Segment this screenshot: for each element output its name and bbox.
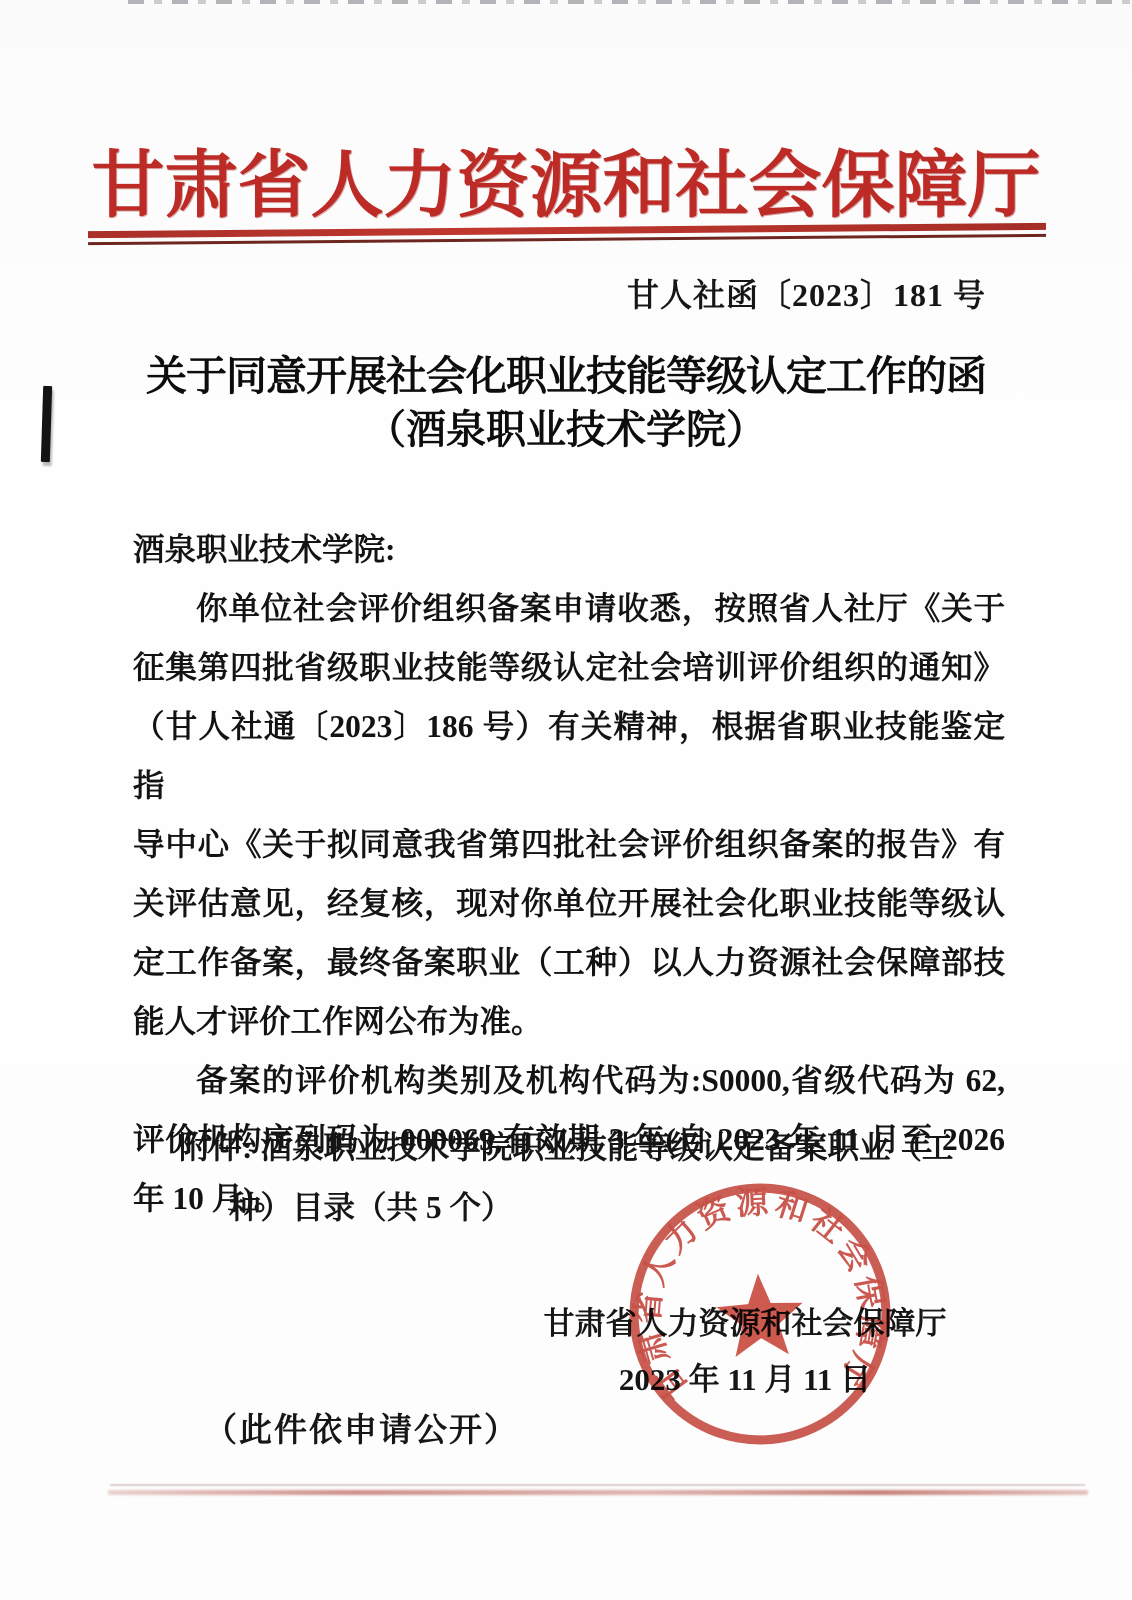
body-line: 导中心《关于拟同意我省第四批社会评价组织备案的报告》有 — [133, 815, 1005, 874]
scan-line-artifact-red — [108, 1490, 1088, 1495]
body-line: （甘人社通〔2023〕186 号）有关精神，根据省职业技能鉴定指 — [133, 697, 1005, 815]
document-number: 甘人社函〔2023〕181 号 — [627, 270, 986, 316]
disclosure-note: （此件依申请公开） — [204, 1404, 519, 1451]
document-title-line1: 关于同意开展社会化职业技能等级认定工作的函 — [0, 350, 1132, 402]
attachment-line1: 附件: 酒泉职业技术学院职业技能等级认定备案职业（工 — [133, 1118, 1005, 1178]
scanned-official-letter: { "colors": { "header_red": "#bd2b26", "… — [0, 0, 1132, 1600]
document-title: 关于同意开展社会化职业技能等级认定工作的函 （酒泉职业技术学院） — [0, 350, 1132, 456]
body-line: 能人才评价工作网公布为准。 — [133, 992, 1005, 1051]
body-line: 征集第四批省级职业技能等级认定社会培训评价组织的通知》 — [133, 638, 1005, 697]
official-round-seal: 甘肃省人力资源和社会保障厅 — [617, 1171, 903, 1457]
seal-star-icon — [715, 1272, 805, 1358]
salutation: 酒泉职业技术学院: — [133, 520, 1005, 579]
agency-header-title: 甘肃省人力资源和社会保障厅 — [0, 126, 1132, 231]
body-line: 定工作备案，最终备案职业（工种）以人力资源社会保障部技 — [133, 933, 1005, 992]
body-line: 关评估意见，经复核，现对你单位开展社会化职业技能等级认 — [133, 874, 1005, 933]
body-line: 备案的评价机构类别及机构代码为:S0000,省级代码为 62, — [133, 1051, 1005, 1110]
scan-line-artifact — [110, 1484, 1085, 1486]
scan-edge-artifact — [128, 0, 1132, 4]
document-title-line2: （酒泉职业技术学院） — [0, 404, 1132, 456]
body-line: 你单位社会评价组织备案申请收悉，按照省人社厅《关于 — [133, 579, 1005, 638]
